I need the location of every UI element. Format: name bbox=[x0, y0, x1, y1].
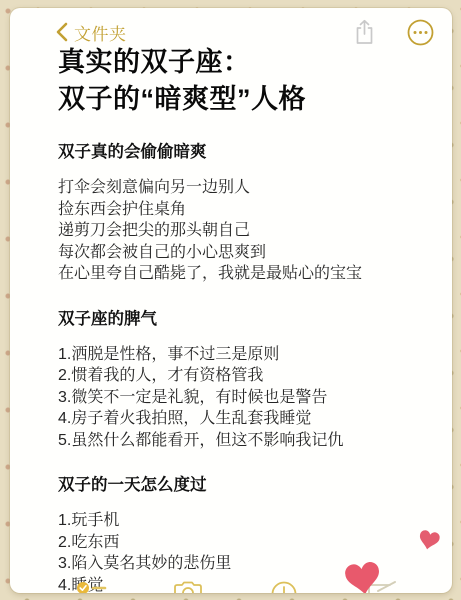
section-heading: 双子真的会偷偷暗爽 bbox=[58, 138, 426, 162]
markup-icon[interactable] bbox=[271, 581, 297, 593]
chevron-left-icon bbox=[56, 22, 68, 42]
note-line: 1.洒脱是性格，事不过三是原则 bbox=[58, 344, 426, 366]
section-heading: 双子的一天怎么度过 bbox=[58, 471, 426, 495]
note-section: 双子真的会偷偷暗爽 打伞会刻意偏向另一边别人 捡东西会护住桌角 递剪刀会把尖的那… bbox=[58, 138, 426, 285]
section-heading: 双子座的脾气 bbox=[58, 305, 426, 329]
note-line: 4.房子着火我拍照，人生乱套我睡觉 bbox=[58, 408, 426, 430]
note-line: 打伞会刻意偏向另一边别人 bbox=[58, 177, 426, 199]
note-line: 每次都会被自己的小心思爽到 bbox=[58, 242, 426, 264]
bottom-toolbar bbox=[10, 574, 452, 593]
checklist-icon[interactable] bbox=[76, 580, 108, 593]
camera-icon[interactable] bbox=[173, 581, 203, 593]
back-button-label: 文件夹 bbox=[74, 20, 127, 45]
note-card: 文件夹 真实的双子座： 双子的“暗爽型”人格 bbox=[10, 8, 452, 593]
share-icon[interactable] bbox=[354, 19, 375, 45]
note-line: 2.吃东西 bbox=[58, 532, 426, 554]
note-line: 5.虽然什么都能看开，但这不影响我记仇 bbox=[58, 430, 426, 452]
note-title-line: 双子的“暗爽型”人格 bbox=[58, 81, 426, 118]
note-title-line: 真实的双子座： bbox=[58, 44, 426, 81]
note-line: 3.陷入莫名其妙的悲伤里 bbox=[58, 553, 426, 575]
back-button[interactable]: 文件夹 bbox=[56, 20, 127, 45]
note-line: 1.玩手机 bbox=[58, 510, 426, 532]
more-options-icon[interactable] bbox=[407, 19, 434, 46]
note-title: 真实的双子座： 双子的“暗爽型”人格 bbox=[58, 44, 426, 118]
nav-actions bbox=[354, 19, 434, 46]
nav-bar: 文件夹 bbox=[10, 8, 452, 48]
note-line: 递剪刀会把尖的那头朝自己 bbox=[58, 220, 426, 242]
note-line: 在心里夸自己酷毙了，我就是最贴心的宝宝 bbox=[58, 263, 426, 285]
note-line: 捡东西会护住桌角 bbox=[58, 199, 426, 221]
note-section: 双子座的脾气 1.洒脱是性格，事不过三是原则 2.惯着我的人，才有资格管我 3.… bbox=[58, 305, 426, 452]
compose-icon[interactable] bbox=[366, 579, 400, 593]
note-line: 2.惯着我的人，才有资格管我 bbox=[58, 365, 426, 387]
note-line: 3.微笑不一定是礼貌，有时候也是警告 bbox=[58, 387, 426, 409]
note-content[interactable]: 真实的双子座： 双子的“暗爽型”人格 双子真的会偷偷暗爽 打伞会刻意偏向另一边别… bbox=[58, 44, 426, 593]
